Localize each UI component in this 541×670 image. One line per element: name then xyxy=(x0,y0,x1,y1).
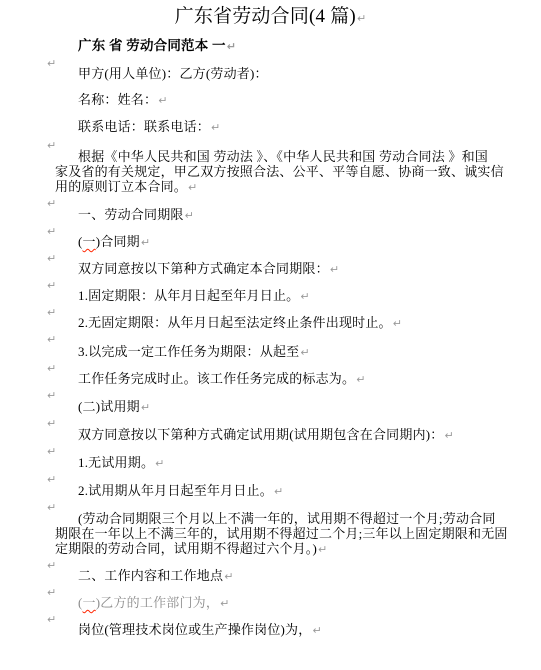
document-line: 定期限的劳动合同，试用期不得超过六个月。)↵ xyxy=(55,541,327,557)
document-line: 家及省的有关规定，甲乙双方按照合法、公平、平等自愿、协商一致、诚实信 xyxy=(55,164,504,179)
paragraph-mark-icon: ↵ xyxy=(356,373,365,386)
document-line: 1.无试用期。↵ xyxy=(78,455,165,471)
empty-paragraph: ↵ xyxy=(46,331,56,347)
line-text: 家及省的有关规定，甲乙双方按照合法、公平、平等自愿、协商一致、诚实信 xyxy=(55,164,504,179)
line-text: 一、劳动合同期限 xyxy=(78,207,184,222)
spellcheck-flagged-text: 一 xyxy=(83,234,96,249)
spellcheck-flagged-text: 一 xyxy=(83,595,96,610)
paragraph-mark-icon: ↵ xyxy=(227,40,236,53)
document-title: 广东省劳动合同(4 篇)↵ xyxy=(0,5,541,31)
document-line: 广东 省 劳动合同范本 一↵ xyxy=(78,38,236,54)
paragraph-mark-icon: ↵ xyxy=(47,306,56,319)
empty-paragraph: ↵ xyxy=(46,443,56,459)
line-text: 广东 省 劳动合同范本 一 xyxy=(78,38,226,53)
paragraph-mark-icon: ↵ xyxy=(141,401,150,414)
line-text: 期限在一年以上不满三年的，试用期不得超过二个月;三年以上固定期限和无固 xyxy=(55,526,508,541)
paragraph-mark-icon: ↵ xyxy=(224,570,233,583)
line-text: 3.以完成一定工作任务为期限：从起至 xyxy=(78,344,299,359)
document-line: 一、劳动合同期限↵ xyxy=(78,207,194,223)
empty-paragraph: ↵ xyxy=(46,611,56,627)
document-line: 3.以完成一定工作任务为期限：从起至↵ xyxy=(78,344,310,360)
document-line: (劳动合同期限三个月以上不满一年的，试用期不得超过一个月;劳动合同 xyxy=(78,511,496,526)
line-text: 联系电话：联系电话： xyxy=(78,119,210,134)
line-text: 双方同意按以下第种方式确定试用期(试用期包含在合同期内)： xyxy=(78,427,443,442)
paragraph-mark-icon: ↵ xyxy=(220,597,229,610)
document-line: 2.试用期从年月日起至年月日止。↵ xyxy=(78,483,283,499)
document-line: (二)试用期↵ xyxy=(78,399,150,415)
line-text: 双方同意按以下第种方式确定本合同期限： xyxy=(78,261,329,276)
paragraph-mark-icon: ↵ xyxy=(47,389,56,402)
paragraph-mark-icon: ↵ xyxy=(155,457,164,470)
paragraph-mark-icon: ↵ xyxy=(47,279,56,292)
document-line: (一)合同期↵ xyxy=(78,234,150,250)
line-text: (二)试用期 xyxy=(78,399,140,414)
line-text: 定期限的劳动合同，试用期不得超过六个月。) xyxy=(55,541,317,556)
paragraph-mark-icon: ↵ xyxy=(47,225,56,238)
document-line: 二、工作内容和工作地点↵ xyxy=(78,568,234,584)
paragraph-mark-icon: ↵ xyxy=(393,317,402,330)
document-line: 甲方(用人单位)：乙方(劳动者)： xyxy=(78,66,268,81)
empty-paragraph: ↵ xyxy=(46,415,56,431)
paragraph-mark-icon: ↵ xyxy=(47,417,56,430)
paragraph-mark-icon: ↵ xyxy=(158,94,167,107)
paragraph-mark-icon: ↵ xyxy=(47,197,56,210)
document-line: 根据《中华人民共和国 劳动法 》、《中华人民共和国 劳动合同法 》和国 xyxy=(78,149,488,164)
paragraph-mark-icon: ↵ xyxy=(47,613,56,626)
empty-paragraph: ↵ xyxy=(46,387,56,403)
line-text: 2.试用期从年月日起至年月日止。 xyxy=(78,483,273,498)
line-text: 工作任务完成时止。该工作任务完成的标志为。 xyxy=(78,371,355,386)
line-text: 用的原则订立本合同。 xyxy=(55,179,187,194)
empty-paragraph: ↵ xyxy=(46,277,56,293)
paragraph-mark-icon: ↵ xyxy=(47,501,56,514)
document-line: 2.无固定期限：从年月日起至法定终止条件出现时止。↵ xyxy=(78,315,402,331)
paragraph-mark-icon: ↵ xyxy=(211,121,220,134)
empty-paragraph: ↵ xyxy=(46,557,56,573)
document-line: 用的原则订立本合同。↵ xyxy=(55,179,197,195)
line-text: 2.无固定期限：从年月日起至法定终止条件出现时止。 xyxy=(78,315,392,330)
paragraph-mark-icon: ↵ xyxy=(141,236,150,249)
line-text: (劳动合同期限三个月以上不满一年的，试用期不得超过一个月;劳动合同 xyxy=(78,511,496,526)
paragraph-mark-icon: ↵ xyxy=(47,473,56,486)
paragraph-mark-icon: ↵ xyxy=(274,485,283,498)
paragraph-mark-icon: ↵ xyxy=(47,57,56,70)
paragraph-mark-icon: ↵ xyxy=(47,139,56,152)
line-text: 岗位(管理技术岗位或生产操作岗位)为， xyxy=(78,622,311,637)
document-line: 名称：姓名：↵ xyxy=(78,92,168,108)
line-text: 广东省劳动合同(4 篇) xyxy=(175,6,356,27)
paragraph-mark-icon: ↵ xyxy=(318,543,327,556)
paragraph-mark-icon: ↵ xyxy=(444,429,453,442)
paragraph-mark-icon: ↵ xyxy=(185,209,194,222)
line-text: 1.无试用期。 xyxy=(78,455,154,470)
paragraph-mark-icon: ↵ xyxy=(47,252,56,265)
line-text: 根据《中华人民共和国 劳动法 》、《中华人民共和国 劳动合同法 》和国 xyxy=(78,149,488,164)
paragraph-mark-icon: ↵ xyxy=(300,346,309,359)
empty-paragraph: ↵ xyxy=(46,360,56,376)
paragraph-mark-icon: ↵ xyxy=(47,586,56,599)
empty-paragraph: ↵ xyxy=(46,471,56,487)
document-line: (一)乙方的工作部门为，↵ xyxy=(78,595,230,611)
empty-paragraph: ↵ xyxy=(46,584,56,600)
paragraph-mark-icon: ↵ xyxy=(47,559,56,572)
line-text: 二、工作内容和工作地点 xyxy=(78,568,223,583)
paragraph-mark-icon: ↵ xyxy=(47,362,56,375)
empty-paragraph: ↵ xyxy=(46,223,56,239)
line-text: 1.固定期限：从年月日起至年月日止。 xyxy=(78,288,299,303)
empty-paragraph: ↵ xyxy=(46,195,56,211)
document-line: 双方同意按以下第种方式确定试用期(试用期包含在合同期内)：↵ xyxy=(78,427,454,443)
document-line: 联系电话：联系电话：↵ xyxy=(78,119,220,135)
paragraph-mark-icon: ↵ xyxy=(300,290,309,303)
document-line: 双方同意按以下第种方式确定本合同期限：↵ xyxy=(78,261,339,277)
document-line: 岗位(管理技术岗位或生产操作岗位)为，↵ xyxy=(78,622,322,638)
line-text: )合同期 xyxy=(96,234,140,249)
document-page: 广东省劳动合同(4 篇)↵广东 省 劳动合同范本 一↵↵甲方(用人单位)：乙方(… xyxy=(0,0,541,670)
paragraph-mark-icon: ↵ xyxy=(188,181,197,194)
document-line: 期限在一年以上不满三年的，试用期不得超过二个月;三年以上固定期限和无固 xyxy=(55,526,508,541)
empty-paragraph: ↵ xyxy=(46,499,56,515)
paragraph-mark-icon: ↵ xyxy=(312,624,321,637)
document-line: 1.固定期限：从年月日起至年月日止。↵ xyxy=(78,288,310,304)
paragraph-mark-icon: ↵ xyxy=(47,445,56,458)
empty-paragraph: ↵ xyxy=(46,304,56,320)
document-line: 工作任务完成时止。该工作任务完成的标志为。↵ xyxy=(78,371,366,387)
line-text: 名称：姓名： xyxy=(78,92,157,107)
paragraph-mark-icon: ↵ xyxy=(47,333,56,346)
line-text: )乙方的工作部门为， xyxy=(96,595,219,610)
empty-paragraph: ↵ xyxy=(46,55,56,71)
line-text: 甲方(用人单位)：乙方(劳动者)： xyxy=(78,66,268,81)
paragraph-mark-icon: ↵ xyxy=(357,12,366,25)
empty-paragraph: ↵ xyxy=(46,137,56,153)
paragraph-mark-icon: ↵ xyxy=(330,263,339,276)
empty-paragraph: ↵ xyxy=(46,250,56,266)
